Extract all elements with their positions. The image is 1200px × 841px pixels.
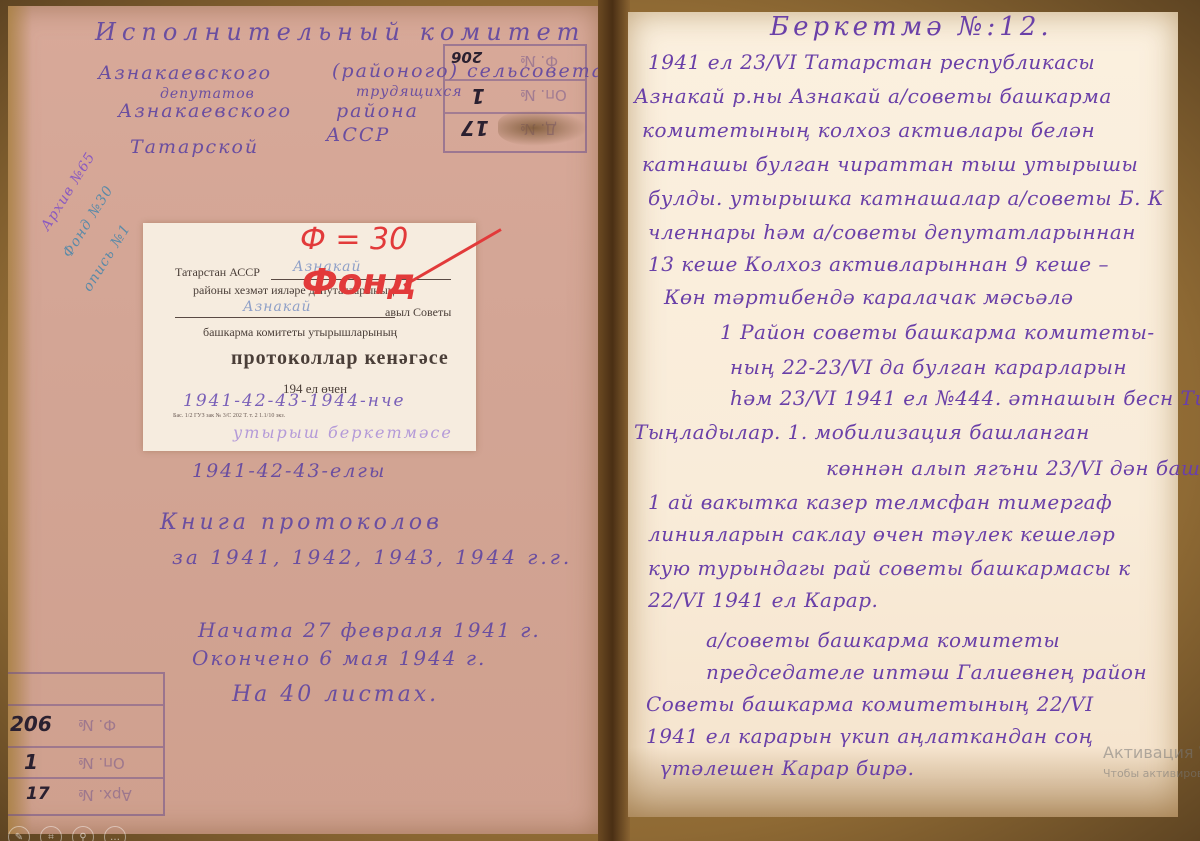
minutes-line: Көн тәртибендә каралачак мәсьәлә	[664, 285, 1073, 309]
minutes-line: Тыңладылар. 1. мобилизация башланган	[634, 420, 1090, 444]
minutes-line: Советы башкарма комитетының 22/VI	[646, 692, 1094, 716]
minutes-line: 1941 ел 23/VI Татарстан республикасы	[648, 50, 1095, 74]
minutes-line: а/советы башкарма комитеты	[706, 628, 1060, 652]
windows-activation-hint: Чтобы активировать Windows, перейдите	[1103, 767, 1200, 780]
org-line-1: Азнакаевского	[98, 62, 272, 84]
stamp-top-delo-value: 17	[461, 116, 489, 140]
label-print-info: Бас. 1/2 ГУЗ зак № 3/С 202 Т. т. 2 1.1/1…	[173, 413, 285, 419]
stamp-top-opis-label: Оп. №	[520, 86, 567, 104]
minutes-line: членнары һәм а/советы депутатларыннан	[648, 220, 1136, 244]
minutes-line: комитетының колхоз активлары белән	[642, 118, 1095, 142]
started-date: Начата 27 февраля 1941 г.	[198, 618, 541, 642]
stamp-bottom-delo-label: Арх. №	[78, 786, 132, 804]
book-title: Книга протоколов	[160, 510, 443, 535]
stamp-top-opis-value: 1	[471, 84, 485, 108]
stamp-bottom-fond-label: Ф. №	[78, 716, 116, 734]
stamp-top-fond-value: 206	[451, 48, 482, 66]
label-title: протоколлар кенәгәсе	[231, 347, 449, 370]
protocol-book-label: Татарстан АССР Азнакай районы хезмәт иял…	[143, 223, 476, 451]
red-fond-annotation: Ф = 30	[300, 222, 408, 257]
book-years: за 1941, 1942, 1943, 1944 г.г.	[172, 545, 572, 569]
label-handwritten-note: утырыш беркетмәсе	[233, 423, 453, 442]
label-line-4: башкарма комитеты утырышларының	[203, 325, 397, 340]
org-right-line-3: района	[336, 100, 419, 122]
ended-date: Окончено 6 мая 1944 г.	[192, 646, 486, 670]
minutes-line: линияларын саклау өчен тәүлек кешеләр	[648, 522, 1115, 546]
minutes-line: 1941 ел карарын үкип аңлаткандан соң	[646, 724, 1093, 748]
minutes-line: ның 22-23/VI да булган карарларын	[730, 355, 1127, 379]
minutes-title: Беркетмә №:12.	[770, 12, 1053, 42]
label-year-handwritten: 1941-42-43-1944-нче	[183, 391, 406, 411]
minutes-line: катнашы булган чираттан тыш утырышы	[642, 152, 1138, 176]
stamp-bottom-opis-value: 1	[24, 750, 38, 774]
windows-activation-title: Активация Windows	[1103, 743, 1200, 762]
crop-icon[interactable]: ⌗	[40, 826, 62, 841]
minutes-line: 1 Район советы башкарма комитеты-	[720, 320, 1155, 344]
minutes-line: 13 кеше Колхоз активларыннан 9 кеше –	[648, 252, 1109, 276]
search-icon[interactable]: ⚲	[72, 826, 94, 841]
water-stain	[498, 110, 588, 146]
cover-header: Исполнительный комитет	[95, 18, 585, 46]
below-card-years: 1941-42-43-елгы	[192, 460, 386, 482]
minutes-line: 1 ай вакытка казер телмсфан тимергаф	[648, 490, 1112, 514]
minutes-line: көннән алып ягъни 23/VI дән башлап	[826, 456, 1200, 480]
label-line-3-suffix: авыл Советы	[385, 305, 451, 320]
minutes-line: кую турындагы рай советы башкармасы к	[648, 556, 1131, 580]
viewer-toolbar: ✎⌗⚲…	[8, 826, 126, 841]
stamp-top-fond-label: Ф. №	[520, 52, 558, 70]
stamp-bottom-opis-label: Оп. №	[78, 754, 125, 772]
org-line-3: Азнакаевского	[118, 100, 292, 122]
minutes-line: һәм 23/VI 1941 ел №444. әтнашын бесн Тик…	[730, 386, 1200, 410]
archive-stamp-bottom: 206 Ф. № 1 Оп. № 17 Арх. №	[8, 672, 165, 816]
sheets-count: На 40 листах.	[232, 682, 439, 707]
red-fond-word: Фонд	[302, 262, 416, 303]
stamp-bottom-fond-value: 206	[10, 712, 52, 736]
org-right-line-4: АССР	[326, 124, 390, 146]
minutes-line: 22/VI 1941 ел Карар.	[648, 588, 878, 612]
minutes-line: үтәлешен Карар бирә.	[660, 756, 914, 780]
minutes-line: булды. утырышка катнашалар а/советы Б. К	[648, 186, 1164, 210]
org-line-4: Татарской	[130, 136, 259, 158]
label-line-1-prefix: Татарстан АССР	[175, 265, 260, 280]
stamp-bottom-delo-value: 17	[26, 784, 50, 804]
book-spine	[598, 0, 630, 841]
minutes-line: Азнакай р.ны Азнакай а/советы башкарма	[634, 84, 1112, 108]
pencil-icon[interactable]: ✎	[8, 826, 30, 841]
minutes-line: председателе иптәш Галиевнең район	[706, 660, 1147, 684]
more-icon[interactable]: …	[104, 826, 126, 841]
